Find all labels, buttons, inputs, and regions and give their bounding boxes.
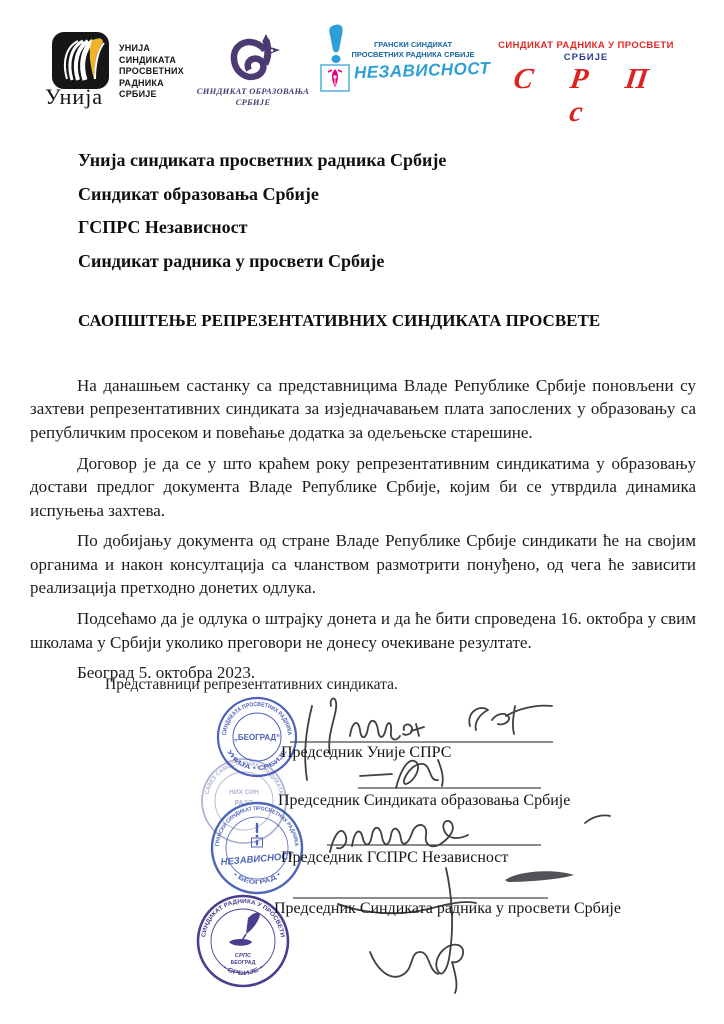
exclamation-icon	[324, 24, 348, 66]
obrazovanje-caption-line2: СРБИЈЕ	[196, 97, 310, 108]
logo-srps: СИНДИКАТ РАДНИКА У ПРОСВЕТИ СРБИЈЕ С Р П…	[487, 40, 685, 100]
paragraph-1: На данашњем састанку са представницима В…	[30, 374, 696, 444]
quill-inkwell-icon	[229, 913, 260, 946]
gsprs-title-line1: ГРАНСКИ СИНДИКАТ	[350, 40, 476, 50]
logo-unija: Унија УНИЈА СИНДИКАТА ПРОСВЕТНИХ РАДНИКА…	[45, 26, 185, 110]
stamp4-ring-top-text: СИНДИКАТ РАДНИКА У ПРОСВЕТИ	[201, 899, 285, 938]
signature-caption-3: Председник ГСПРС Независност	[281, 849, 508, 867]
union-heading-1: Унија синдиката просветних радника Србиј…	[78, 150, 446, 171]
gsprs-title: ГРАНСКИ СИНДИКАТ ПРОСВЕТНИХ РАДНИКА СРБИ…	[350, 40, 476, 59]
unija-logo-icon	[52, 32, 110, 90]
obrazovanje-caption: СИНДИКАТ ОБРАЗОВАЊА СРБИЈЕ	[196, 86, 310, 107]
stamp4-center-text-1: СРПС	[235, 953, 252, 959]
obrazovanje-caption-line1: СИНДИКАТ ОБРАЗОВАЊА	[196, 86, 310, 97]
gsprs-title-line2: ПРОСВЕТНИХ РАДНИКА СРБИЈЕ	[350, 50, 476, 60]
pen-spiral-icon	[225, 28, 281, 86]
stamp3-exclamation-icon	[252, 824, 263, 847]
signature-caption-2: Председник Синдиката образовања Србије	[278, 792, 570, 810]
signature-caption-1: Председник Уније СПРС	[281, 744, 451, 762]
unija-line: СИНДИКАТА	[119, 55, 184, 67]
union-heading-4: Синдикат радника у просвети Србије	[78, 251, 384, 272]
unija-name-lines: УНИЈА СИНДИКАТА ПРОСВЕТНИХ РАДНИКА СРБИЈ…	[119, 43, 184, 101]
stamp2-inner-text-1: НИХ СИН	[229, 789, 259, 796]
union-heading-2: Синдикат образовања Србије	[78, 184, 319, 205]
paragraph-3: По добијању документа од стране Владе Ре…	[30, 529, 696, 599]
nezavisnost-wordmark: НЕЗАВИСНОСТ	[354, 59, 491, 84]
signature-caption-4: Председник Синдиката радника у просвети …	[274, 900, 621, 918]
body-text: На данашњем састанку са представницима В…	[30, 374, 696, 692]
union-heading-3: ГСПРС Независност	[78, 217, 247, 238]
unija-line: СРБИЈЕ	[119, 89, 184, 101]
document-title: САОПШТЕЊЕ РЕПРЕЗЕНТАТИВНИХ СИНДИКАТА ПРО…	[78, 311, 600, 331]
srps-wordmark: С Р П с	[482, 63, 689, 129]
signature-4	[338, 868, 574, 993]
stamp-nezavisnost: ГРАНСКИ СИНДИКАТ ПРОСВЕТНИХ РАДНИКА НЕЗА…	[212, 803, 302, 893]
signature-3	[330, 815, 610, 852]
srps-title-line2: СРБИЈЕ	[487, 52, 685, 63]
svg-text:СИНДИКАТ РАДНИКА У ПРОСВЕТИ: СИНДИКАТ РАДНИКА У ПРОСВЕТИ	[201, 899, 285, 938]
signature-2	[360, 760, 443, 788]
logo-sindikat-obrazovanja: СИНДИКАТ ОБРАЗОВАЊА СРБИЈЕ	[196, 26, 310, 110]
document-page: Унија УНИЈА СИНДИКАТА ПРОСВЕТНИХ РАДНИКА…	[0, 0, 724, 1024]
stamp4-center-text-2: БЕОГРАД	[231, 960, 256, 966]
unija-line: УНИЈА	[119, 43, 184, 55]
paragraph-4: Подсећамо да је одлука о штрајку донета …	[30, 607, 696, 654]
paragraph-2: Договор је да се у што краћем року репре…	[30, 452, 696, 522]
pen-nib-icon	[322, 66, 348, 90]
srps-title-line1: СИНДИКАТ РАДНИКА У ПРОСВЕТИ	[487, 40, 685, 51]
unija-wordmark: Унија	[45, 84, 103, 110]
pen-nib-box	[320, 64, 350, 92]
unija-line: РАДНИКА	[119, 78, 184, 90]
stamp1-center-text: „БЕОГРАД“	[234, 733, 280, 742]
unija-line: ПРОСВЕТНИХ	[119, 66, 184, 78]
logo-gsprs-nezavisnost: ГРАНСКИ СИНДИКАТ ПРОСВЕТНИХ РАДНИКА СРБИ…	[318, 24, 476, 102]
